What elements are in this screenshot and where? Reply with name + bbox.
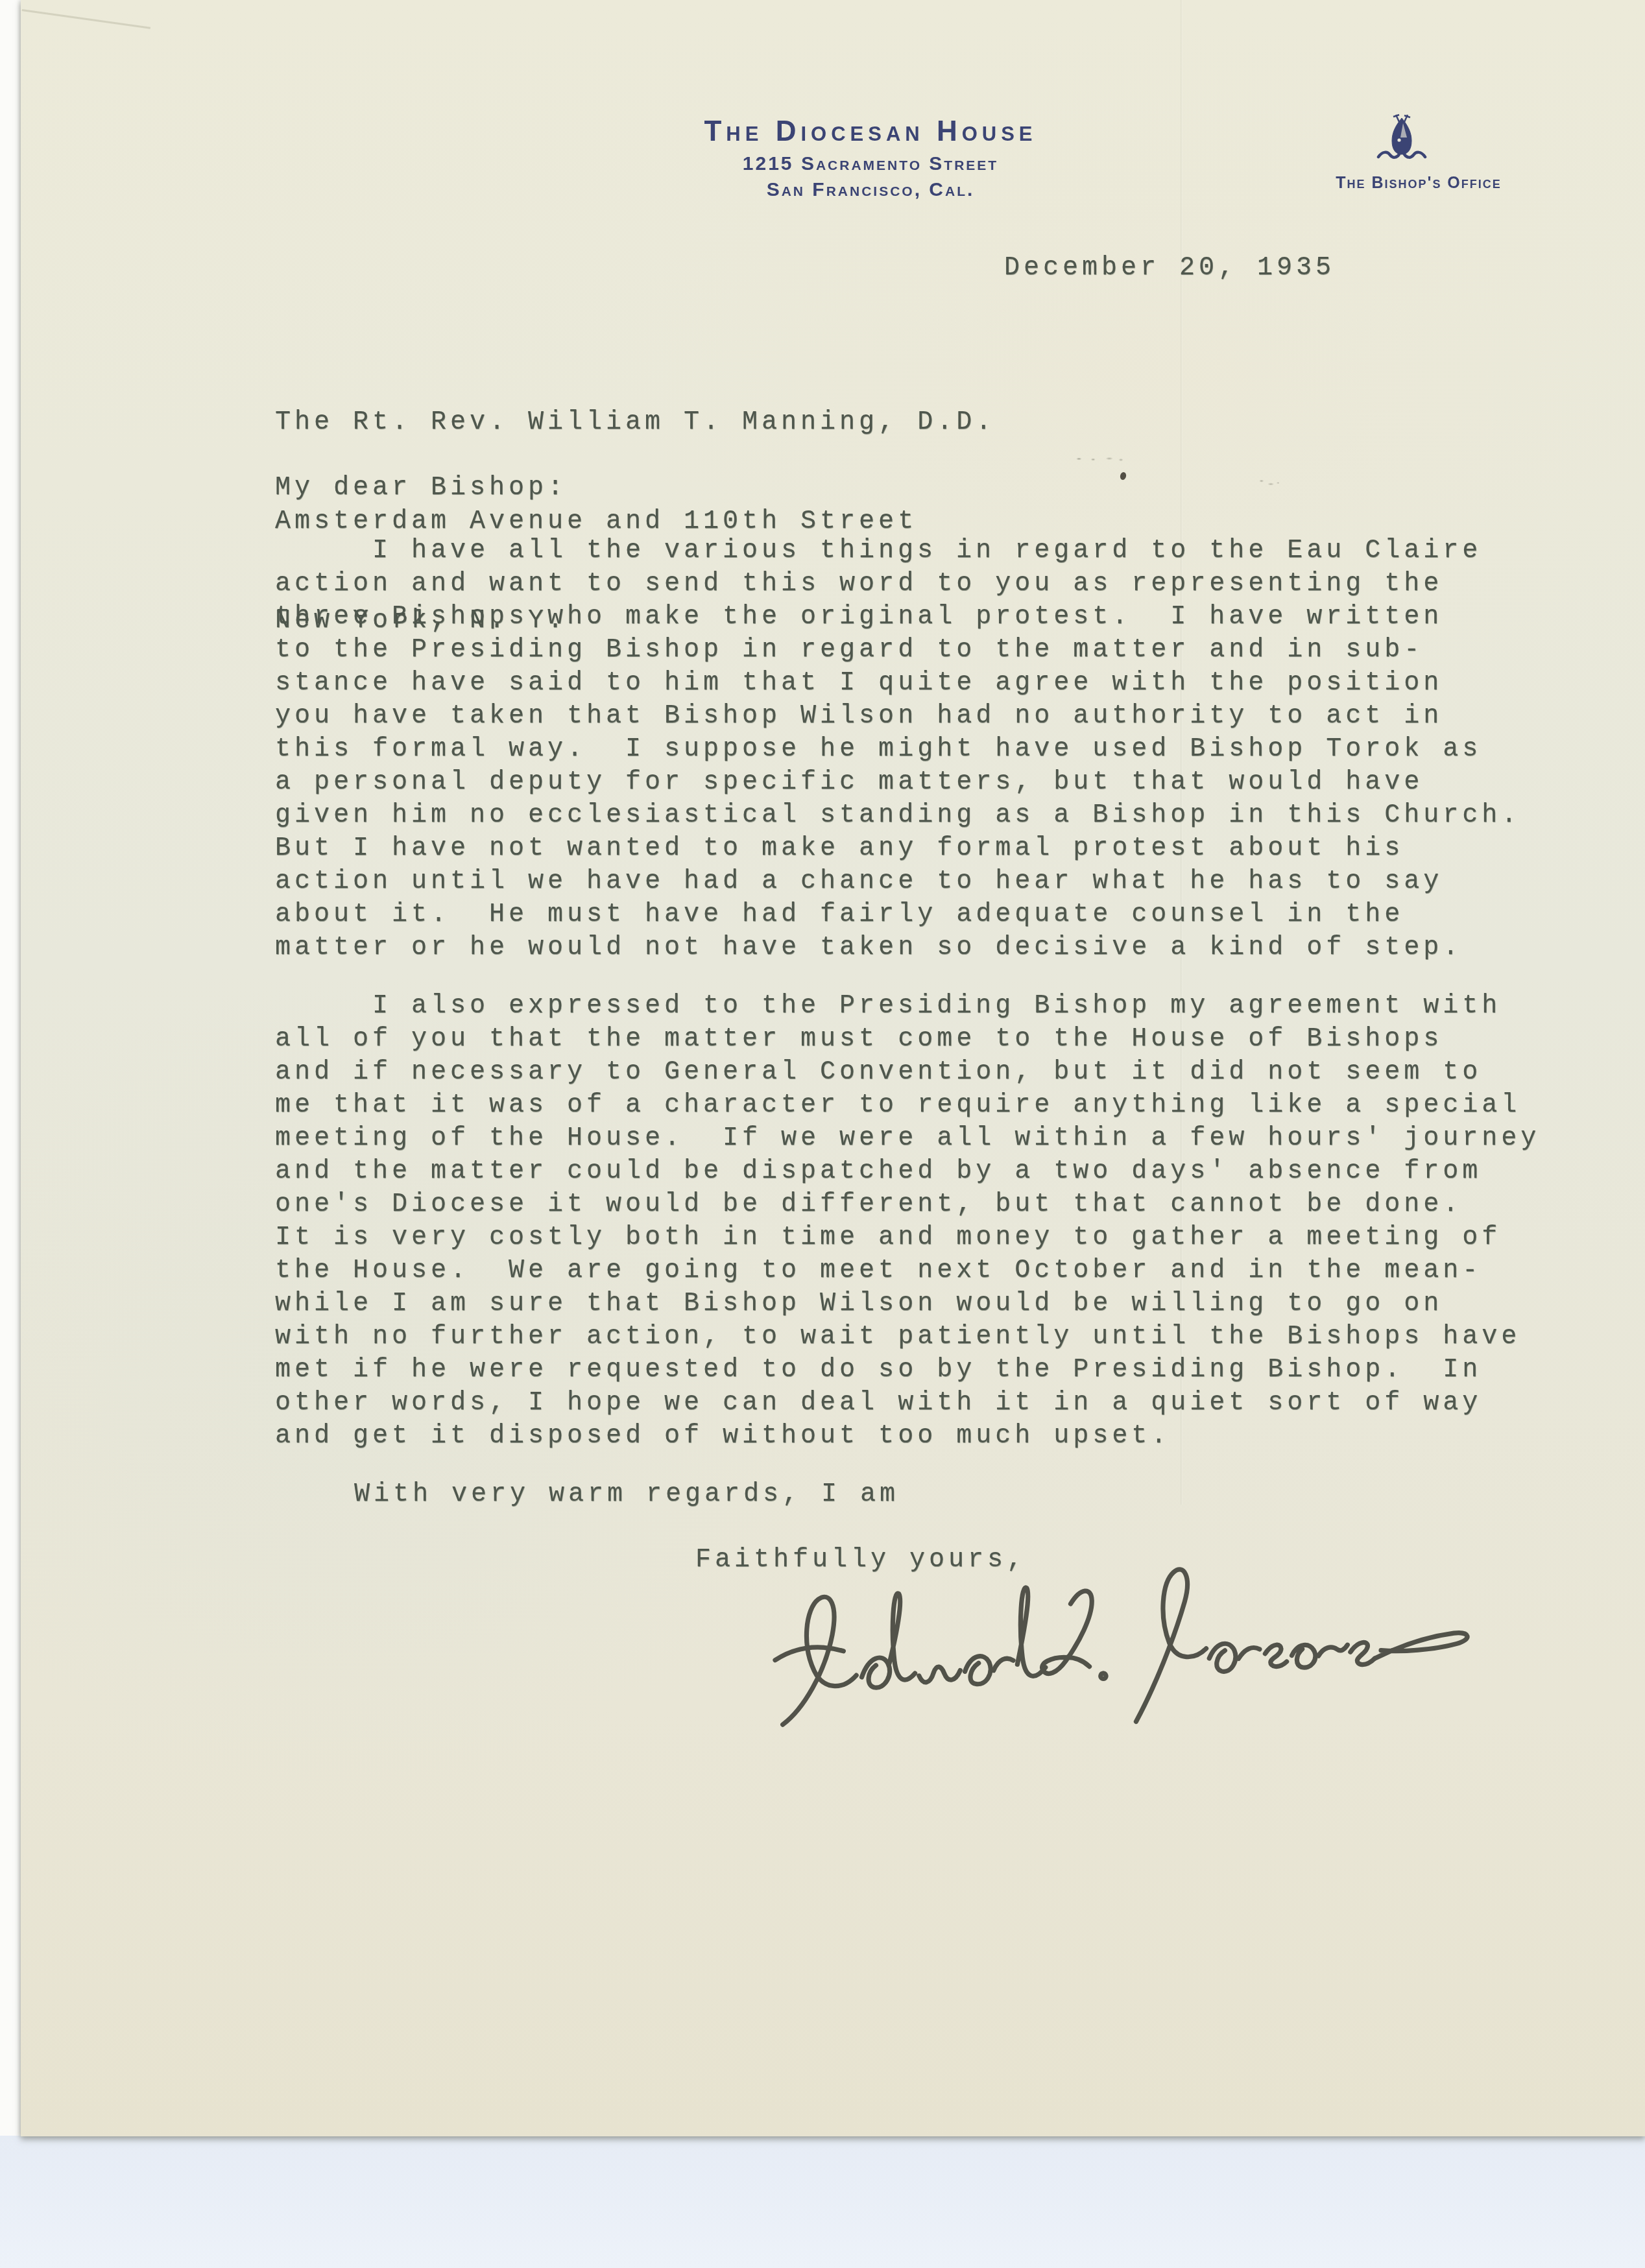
letter-line: given him no ecclesiastical standing as … [275,799,1520,832]
letter-line: matter or he would not have taken so dec… [275,931,1520,964]
letter-line: while I am sure that Bishop Wilson would… [275,1287,1540,1320]
letter-line: meeting of the House. If we were all wit… [275,1122,1540,1155]
letter-line: one's Diocese it would be different, but… [275,1188,1540,1221]
letter-line: action and want to send this word to you… [275,567,1520,601]
letter-line: all of you that the matter must come to … [275,1023,1540,1056]
paragraph-1: I have all the various things in regard … [275,534,1520,964]
org-name: The Diocesan House [643,115,1098,148]
scanner-background-bottom [0,2136,1645,2268]
letter-line: to the Presiding Bishop in regard to the… [275,634,1520,667]
letter-line: this formal way. I suppose he might have… [275,733,1520,766]
recipient-street: Amsterdam Avenue and 110th Street [275,505,995,538]
org-address-street: 1215 Sacramento Street [643,153,1098,175]
letter-line: with no further action, to wait patientl… [275,1320,1540,1354]
paragraph-2: I also expressed to the Presiding Bishop… [275,990,1540,1453]
scanner-edge-left [0,0,21,2268]
letter-line: and the matter could be dispatched by a … [275,1155,1540,1188]
letter-line: I also expressed to the Presiding Bishop… [275,990,1540,1023]
letter-line: and get it disposed of without too much … [275,1420,1540,1453]
letter-line: me that it was of a character to require… [275,1089,1540,1122]
top-left-crease [22,9,150,29]
pencil-smudge-left [1073,456,1123,462]
org-address-city: San Francisco, Cal. [643,179,1098,201]
signature-edward-l-parsons [757,1538,1490,1758]
letter-line: a personal deputy for specific matters, … [275,766,1520,799]
letter-line: and if necessary to General Convention, … [275,1056,1540,1089]
salutation: My dear Bishop: [275,472,567,505]
date-line: December 20, 1935 [1004,252,1335,285]
letter-line: the House. We are going to meet next Oct… [275,1254,1540,1287]
letter-line: But I have not wanted to make any formal… [275,832,1520,865]
closing-regards: With very warm regards, I am [354,1478,899,1511]
letter-line: action until we have had a chance to hea… [275,865,1520,898]
letter-paper: The Diocesan House 1215 Sacramento Stree… [21,0,1645,2136]
letter-line: you have taken that Bishop Wilson had no… [275,700,1520,733]
office-name: The Bishop's Office [1325,174,1513,193]
letter-line: met if he were requested to do so by the… [275,1354,1540,1387]
letter-line: other words, I hope we can deal with it … [275,1387,1540,1420]
ship-emblem-icon [1376,113,1427,165]
ink-speck [1120,472,1127,481]
letter-line: I have all the various things in regard … [275,534,1520,567]
letter-line: three Bishops who make the original prot… [275,601,1520,634]
letter-line: It is very costly both in time and money… [275,1221,1540,1254]
letter-line: about it. He must have had fairly adequa… [275,898,1520,931]
pencil-smudge-right [1258,479,1279,486]
recipient-name: The Rt. Rev. William T. Manning, D.D. [275,406,995,439]
letter-line: stance have said to him that I quite agr… [275,667,1520,700]
